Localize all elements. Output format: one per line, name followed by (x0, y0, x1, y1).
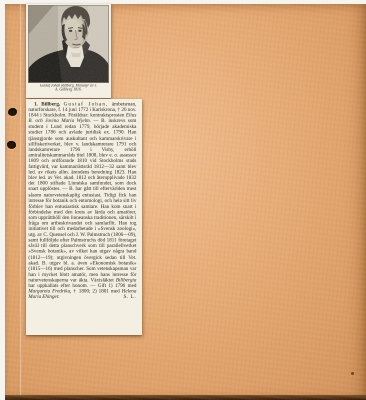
scrapbook-page: Gustaf Johan Billberg. Miniatyr av J. A.… (0, 0, 366, 400)
paper-bottom-edge (5, 395, 366, 400)
article-body3: † 1800; 2) 1801 med (71, 289, 121, 295)
portrait-engraving (28, 5, 109, 83)
punch-hole-bottom (7, 141, 16, 149)
punch-hole-top (8, 108, 17, 116)
article-signature: S. L. (118, 294, 136, 300)
article-text: 1. Billberg, Gustaf Johan, ämbetsman, na… (28, 101, 136, 300)
paper-crease (19, 4, 22, 400)
article-clipping: 1. Billberg, Gustaf Johan, ämbetsman, na… (26, 99, 142, 335)
portrait-clipping: Gustaf Johan Billberg. Miniatyr av J. A.… (26, 4, 111, 98)
paper-speck (351, 372, 354, 375)
article-body: — B. inskrevs som student i Lund redan 1… (28, 118, 136, 283)
portrait-caption: Gustaf Johan Billberg. Miniatyr av J. A.… (26, 84, 111, 93)
portrait-caption-line2: A. Gillberg 1816. (26, 88, 111, 92)
